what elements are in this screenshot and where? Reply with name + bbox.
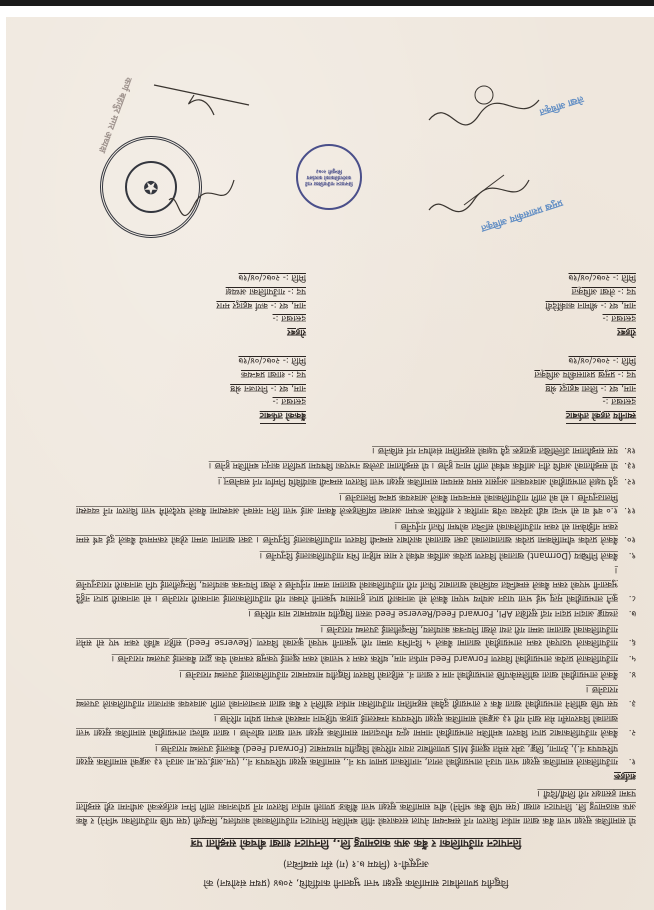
signature-bank <box>164 170 244 220</box>
clause-text: गाउँपालिकाले सामाजिक सुरक्षा भत्ता पाउने… <box>76 740 618 767</box>
clause-item: ५.गाउँपालिकाले प्रत्येक लाभग्राहीको विवर… <box>76 650 636 664</box>
scanned-page: विद्युतीय प्रणालीबाट सामाजिक सुरक्षा भत्… <box>6 17 654 910</box>
clause-number: १२. <box>618 473 636 487</box>
name-label: नाम, थर :- निराजन श्रेष्ठ <box>76 380 306 394</box>
clause-text: बैंकले प्रत्येक चौमासिकमा प्रत्येक खाताव… <box>76 518 618 545</box>
clause-number: १४. <box>618 442 636 456</box>
clause-item: १०.बैंकले प्रत्येक चौमासिकमा प्रत्येक खा… <box>76 518 636 545</box>
signature-witness-bank <box>144 75 254 125</box>
clause-number: ५. <box>618 650 636 664</box>
clause-text: यस सम्झौतामा उल्लिखित कुराहरू दुवै पक्षक… <box>76 442 618 456</box>
clause-number: १०. <box>618 518 636 545</box>
scanner-edge <box>0 0 654 6</box>
clause-item: ११.१.० वर्ष वा सो भन्दा बढी उमेरका ज्येष… <box>76 489 636 516</box>
signature-label: दस्तखत :- <box>406 394 636 408</box>
accounts-officer-stamp-blue: लेखा अधिकृत <box>538 92 585 117</box>
signature-block-witness-bank: रोहबर दस्तखत :- नाम, थर :- कर्ण बहादुर म… <box>76 269 306 340</box>
signature-label: दस्तखत :- <box>406 311 636 325</box>
clause-text: गाउँपालिकाले प्रत्येक लाभग्राहीको विवरण … <box>76 650 618 664</box>
signature-witness-local <box>424 80 544 130</box>
document-body: विद्युतीय प्रणालीबाट सामाजिक सुरक्षा भत्… <box>76 269 636 892</box>
clause-text: दुवै पक्षले लाभग्राहीको आवश्यकता अनुसार … <box>76 473 618 487</box>
clause-number: ७. <box>618 606 636 620</box>
conditions-heading: शर्तहरू <box>76 771 636 783</box>
signature-local-level <box>424 160 534 220</box>
signature-row-primary: स्थानीय तहको तर्फबाट दस्तखत :- नाम, थर :… <box>76 352 636 424</box>
name-label: नाम, थर :- श्रीमान कार्कीदेवी <box>406 297 636 311</box>
header-line-2: अनुसूची-१ (नियम ७.१ (ग) सँग सम्बन्धित) <box>76 858 636 871</box>
clause-item: १४.यस सम्झौतामा उल्लिखित कुराहरू दुवै पक… <box>76 442 636 456</box>
name-label: नाम, थर :- कर्ण बहादुर मगर <box>76 297 306 311</box>
clause-text: बैंकले निष्क्रिय (Dormant) खाताको विवरण … <box>76 547 618 561</box>
municipality-seal-stamp: तिनपाटन गाउँपालिका गाउँ कार्यपालिकाको का… <box>296 144 362 210</box>
clause-item: ९.बैंकले निष्क्रिय (Dormant) खाताको विवर… <box>76 547 636 561</box>
clause-text: तथ्याङ्क आदान प्रदान गर्दा सुरक्षित API,… <box>76 606 618 620</box>
signature-block-local-level: स्थानीय तहको तर्फबाट दस्तखत :- नाम, थर :… <box>406 352 636 424</box>
signature-heading: स्थानीय तहको तर्फबाट <box>566 407 636 424</box>
signature-label: दस्तखत :- <box>76 394 306 408</box>
clause-item: ३.यस पछि खोलिने लाभग्राहीको खाता बैंक र … <box>76 682 636 709</box>
document-title: तिनपाटन गाउँपालिका र बैंक अफ काठमाण्डु ल… <box>76 836 636 850</box>
clause-number: १. <box>618 740 636 767</box>
name-label: नाम, थर :- लिला बहादुर श्रेष्ठ <box>406 380 636 394</box>
header-line-1: विद्युतीय प्रणालीबाट सामाजिक सुरक्षा भत्… <box>76 877 636 890</box>
signature-row-witness: रोहबर दस्तखत :- नाम, थर :- श्रीमान कार्क… <box>76 269 636 340</box>
date-label: मिति :- २०७८/०४/१७ <box>406 269 636 283</box>
clause-item: २.बैंकले गाउँपालिकाबाट प्राप्त विवरण बमो… <box>76 711 636 738</box>
signature-heading: बैंकको तर्फबाट <box>260 407 306 424</box>
clause-number: ३. <box>618 682 636 709</box>
clause-text: गाउँपालिकाले पठाएको रकम लाभग्राहीको खाता… <box>76 621 618 648</box>
clause-number: ८. <box>618 563 636 604</box>
clause-text: १.० वर्ष वा सो भन्दा बढी उमेरका ज्येष्ठ … <box>76 489 618 516</box>
clause-text: यस पछि खोलिने लाभग्राहीको खाता बैंक र ला… <box>76 682 618 709</box>
clause-number: ९. <box>618 547 636 561</box>
clause-item: १३.यो सम्झौताको अवधि तीन आर्थिक वर्षको ल… <box>76 458 636 472</box>
clause-item: १२.दुवै पक्षले लाभग्राहीको आवश्यकता अनुस… <box>76 473 636 487</box>
clause-number: ४. <box>618 666 636 680</box>
clause-number: २. <box>618 711 636 738</box>
date-label: मिति :- २०७८/०४/१७ <box>406 352 636 366</box>
post-label: पद :- प्रमुख प्रशासकीय अधिकृत <box>406 366 636 380</box>
signature-block-witness-local: रोहबर दस्तखत :- नाम, थर :- श्रीमान कार्क… <box>406 269 636 340</box>
clause-text: कुनै लाभग्राहीको मृत्यु भई भत्ता पाउन अय… <box>76 563 618 604</box>
intro-paragraph: यो सामाजिक सुरक्षा भत्ता बैंक खाता मार्फ… <box>76 785 636 826</box>
clause-item: ४.बैंकले लाभग्राहीको खाता खोलिसकेपछि लाभ… <box>76 666 636 680</box>
clause-text: बैंकले गाउँपालिकाबाट प्राप्त विवरण बमोजि… <box>76 711 618 738</box>
post-label: पद :- लेखा अधिकृत <box>406 283 636 297</box>
clause-text: यो सम्झौताको अवधि तीन आर्थिक वर्षको लागि… <box>76 458 618 472</box>
witness-heading: रोहबर <box>617 324 636 340</box>
clause-item: ६.गाउँपालिकाले पठाएको रकम लाभग्राहीको खा… <box>76 621 636 648</box>
clause-item: ७.तथ्याङ्क आदान प्रदान गर्दा सुरक्षित AP… <box>76 606 636 620</box>
date-label: मिति :- २०७८/०४/१७ <box>76 269 306 283</box>
post-label: पद :- गाउँपालिका अध्यक्ष <box>76 283 306 297</box>
clause-item: १.गाउँपालिकाले सामाजिक सुरक्षा भत्ता पाउ… <box>76 740 636 767</box>
clause-number: १३. <box>618 458 636 472</box>
clause-item: ८.कुनै लाभग्राहीको मृत्यु भई भत्ता पाउन … <box>76 563 636 604</box>
clause-list: १.गाउँपालिकाले सामाजिक सुरक्षा भत्ता पाउ… <box>76 442 636 767</box>
clause-text: बैंकले लाभग्राहीको खाता खोलिसकेपछि लाभग्… <box>76 666 618 680</box>
witness-heading: रोहबर <box>287 324 306 340</box>
signature-label: दस्तखत :- <box>76 311 306 325</box>
signature-block-bank: बैंकको तर्फबाट दस्तखत :- नाम, थर :- निरा… <box>76 352 306 424</box>
clause-number: ६. <box>618 621 636 648</box>
date-label: मिति :- २०७८/०४/१७ <box>76 352 306 366</box>
post-label: पद :- शाखा प्रबन्धक <box>76 366 306 380</box>
clause-number: ११. <box>618 489 636 516</box>
